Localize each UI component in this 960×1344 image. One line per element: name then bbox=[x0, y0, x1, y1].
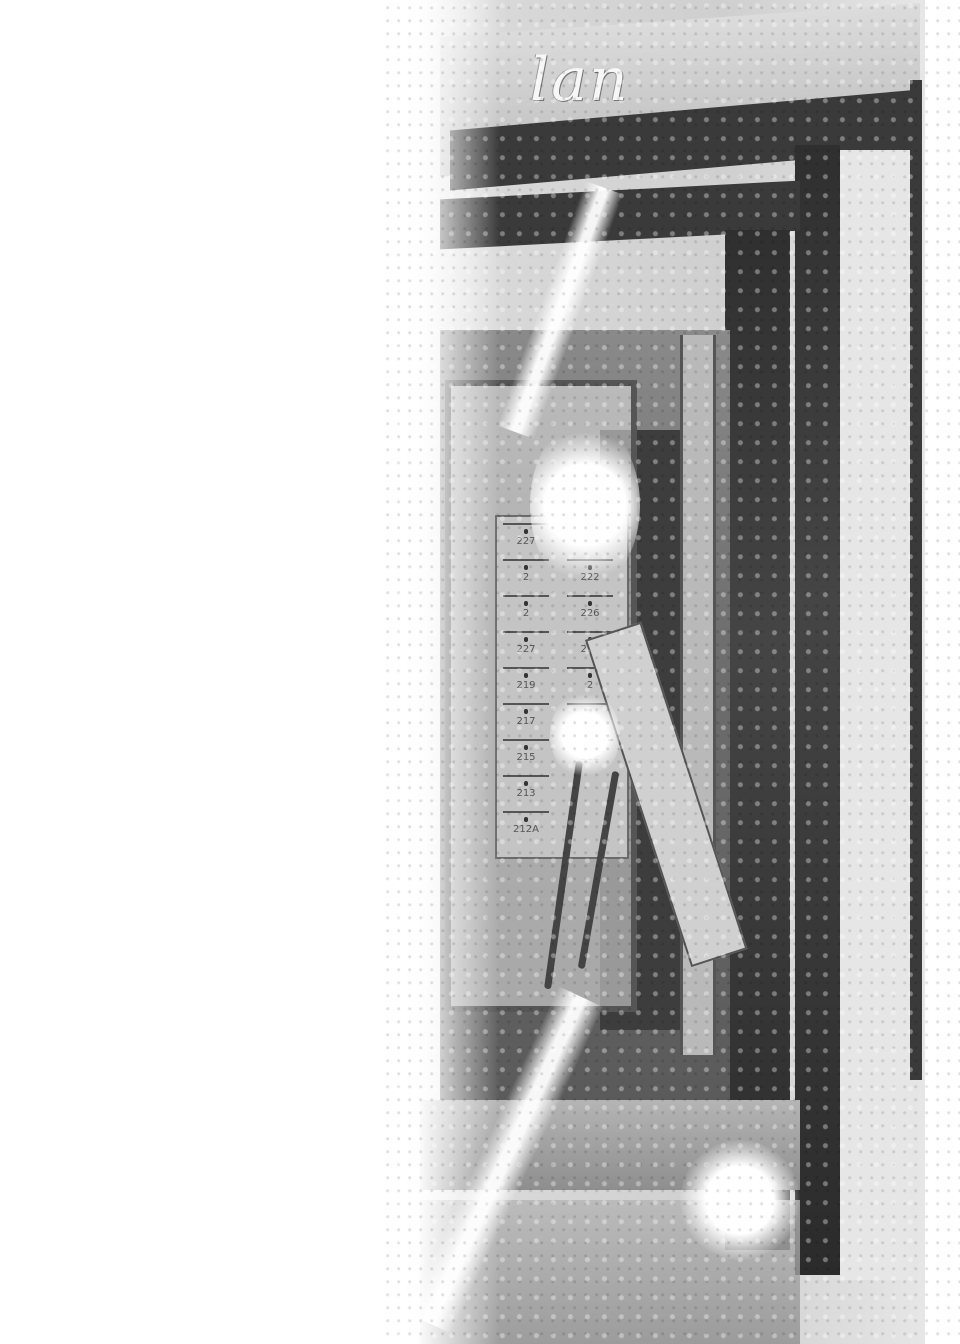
mailbox-number: 2 bbox=[523, 608, 529, 619]
photograph: lan 22722227219217215213212A 22422222621… bbox=[380, 0, 960, 1344]
keyhole-icon bbox=[524, 601, 528, 606]
mailbox-number: 2 bbox=[523, 572, 529, 583]
stone-pillar bbox=[840, 150, 910, 1280]
faded-right-edge bbox=[925, 0, 960, 1344]
mailbox-number: 227 bbox=[516, 644, 535, 655]
mailbox: 217 bbox=[503, 703, 549, 735]
mailbox-number: 227 bbox=[516, 536, 535, 547]
keyhole-icon bbox=[524, 709, 528, 714]
mailbox-number: 217 bbox=[516, 716, 535, 727]
mailbox: 215 bbox=[503, 739, 549, 771]
keyhole-icon bbox=[524, 673, 528, 678]
keyhole-icon bbox=[588, 601, 592, 606]
outer-frame-edge bbox=[910, 80, 922, 1080]
keyhole-icon bbox=[524, 817, 528, 822]
mailbox: 2 bbox=[503, 559, 549, 591]
mailbox-number: 226 bbox=[580, 608, 599, 619]
mailbox-number: 213 bbox=[516, 788, 535, 799]
keyhole-icon bbox=[524, 529, 528, 534]
sign-script-text: lan bbox=[530, 45, 630, 115]
marble-pillar-right bbox=[795, 145, 840, 1275]
keyhole-icon bbox=[524, 565, 528, 570]
mailbox-number: 219 bbox=[516, 680, 535, 691]
light-leak bbox=[680, 1140, 800, 1260]
keyhole-icon bbox=[524, 637, 528, 642]
keyhole-icon bbox=[524, 745, 528, 750]
keyhole-icon bbox=[588, 673, 592, 678]
mailbox-number: 212A bbox=[513, 824, 539, 835]
mailbox: 227 bbox=[503, 631, 549, 663]
mailbox: 213 bbox=[503, 775, 549, 807]
keyhole-icon bbox=[524, 781, 528, 786]
marble-jamb bbox=[725, 230, 790, 1250]
light-leak bbox=[550, 690, 620, 780]
mailbox-number: 215 bbox=[516, 752, 535, 763]
faded-left-edge bbox=[380, 0, 500, 1344]
mailbox: 219 bbox=[503, 667, 549, 699]
mailbox: 226 bbox=[567, 595, 613, 627]
light-leak bbox=[530, 420, 640, 590]
mailbox: 212A bbox=[503, 811, 549, 843]
mailbox: 2 bbox=[503, 595, 549, 627]
